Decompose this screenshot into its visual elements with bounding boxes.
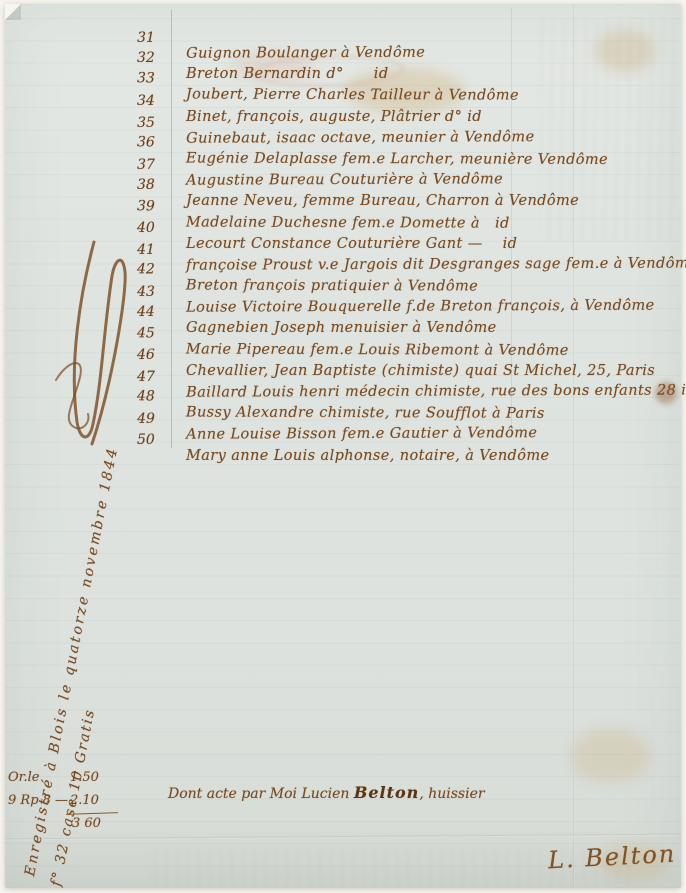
cost-copies-label: 9 Rp 8 — — [8, 793, 68, 808]
closing-intro: Dont acte par Moi Lucien — [140, 786, 354, 802]
entry-text: Mary anne Louis alphonse, notaire, à Ven… — [186, 448, 550, 464]
witness-list-entry: 39 Madelaine Duchesne fem.e Domette à id — [0, 181, 676, 205]
cost-original-amount: 1.50 — [70, 770, 99, 785]
cost-copies-amount: 2.10 — [70, 793, 99, 808]
witness-list-entry: 40 Lecourt Constance Couturière Gant — i… — [0, 204, 676, 225]
closing-paragraph: Dont acte par Moi Lucien Belton, huissie… — [140, 782, 660, 805]
cost-original-label: Or.le — [8, 770, 39, 785]
witness-list-entry: 33 Joubert, Pierre Charles Tailleur à Ve… — [0, 54, 676, 78]
registration-flourish — [32, 232, 136, 467]
scanned-manuscript-page: { "page": { "ink_color": "#7a4a1e", "pap… — [0, 0, 686, 893]
witness-list-entry: 34 Binet, françois, auguste, Plâtrier d°… — [0, 77, 676, 98]
witness-list-entry: 31 Guignon Boulanger à Vendôme — [0, 12, 676, 36]
closing-first-line: Dont acte par Moi Lucien Belton, huissie… — [140, 782, 660, 805]
witness-list-entry: 36 Eugénie Delaplasse fem.e Larcher, meu… — [0, 118, 676, 142]
bailiff-name: Belton — [354, 783, 419, 802]
witness-list-entry: 32 Breton Bernardin d° id — [0, 34, 676, 55]
cost-total-amount: 3 60 — [72, 816, 101, 831]
cost-original: Or.le1.50 — [8, 770, 128, 793]
witness-list-entry: 35 Guinebaut, isaac octave, meunier à Ve… — [0, 96, 676, 120]
cost-tally: Or.le1.50 9 Rp 8 —2.10 3 60 — [8, 770, 128, 816]
witness-list-entry: 38 Jeanne Neveu, femme Bureau, Charron à… — [0, 161, 676, 182]
witness-list-entry: 37 Augustine Bureau Couturière à Vendôme — [0, 139, 676, 163]
closing-after: , huissier — [419, 786, 484, 802]
entry-number: 50 — [137, 432, 177, 448]
